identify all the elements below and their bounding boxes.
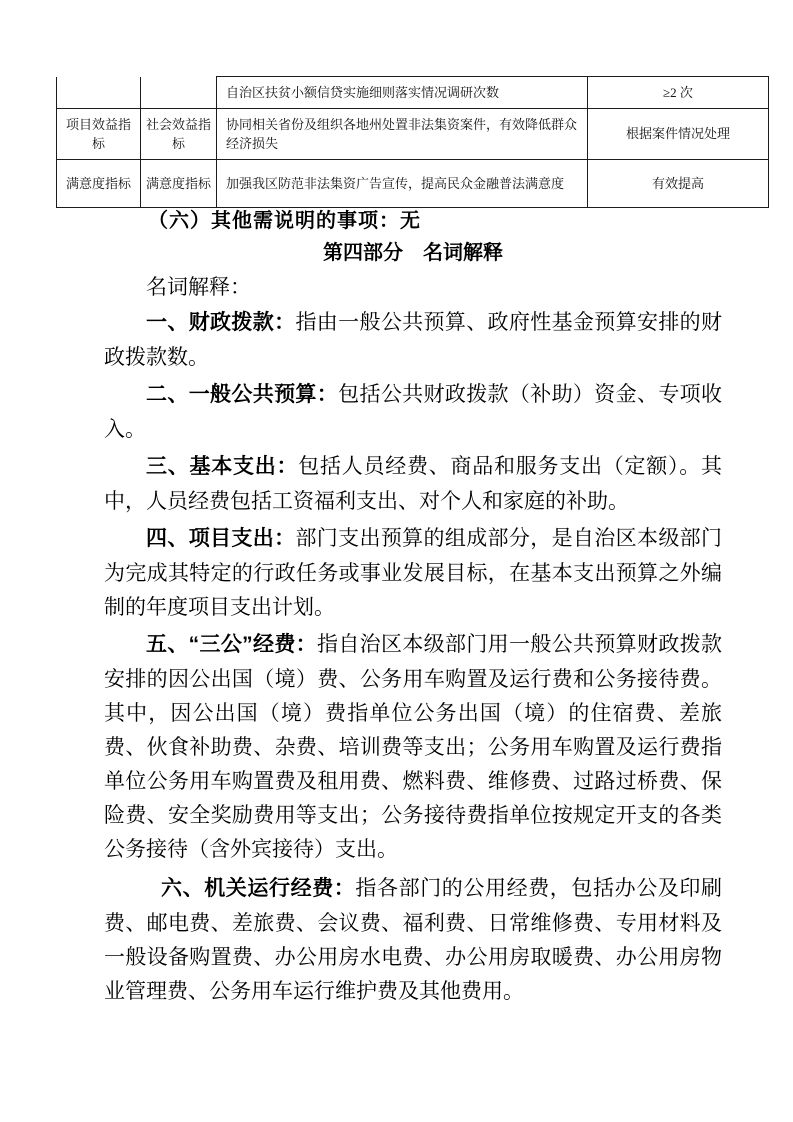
table-cell-category: 满意度指标 <box>57 160 141 208</box>
heading-part4: 第四部分 名词解释 <box>104 237 722 269</box>
table-cell-subcategory: 社会效益指标 <box>141 109 217 160</box>
table-cell <box>57 77 141 109</box>
term-paragraph-5: 五、“三公”经费：指自治区本级部门用一般公共预算财政拨款安排的因公出国（境）费、… <box>104 627 722 866</box>
text-column: （六）其他需说明的事项：无 第四部分 名词解释 名词解释： 一、财政拨款：指由一… <box>104 205 722 1008</box>
table-cell-subcategory: 满意度指标 <box>141 160 217 208</box>
table-cell-target: ≥2 次 <box>588 77 769 109</box>
term-label: 五、“三公”经费： <box>146 633 317 656</box>
term-paragraph-1: 一、财政拨款：指由一般公共预算、政府性基金预算安排的财政拨款数。 <box>104 305 722 374</box>
glossary-label: 名词解释： <box>104 271 722 305</box>
term-label: 四、项目支出： <box>146 527 295 550</box>
table-row: 自治区扶贫小额信贷实施细则落实情况调研次数 ≥2 次 <box>57 77 769 109</box>
term-label: 一、财政拨款： <box>146 311 295 334</box>
term-paragraph-4: 四、项目支出：部门支出预算的组成部分，是自治区本级部门为完成其特定的行政任务或事… <box>104 521 722 624</box>
table-cell-target: 根据案件情况处理 <box>588 109 769 160</box>
term-label: 三、基本支出： <box>146 455 298 478</box>
table-cell-indicator: 自治区扶贫小额信贷实施细则落实情况调研次数 <box>217 77 588 109</box>
table-cell-category: 项目效益指标 <box>57 109 141 160</box>
term-definition: 指自治区本级部门用一般公共预算财政拨款安排的因公出国（境）费、公务用车购置及运行… <box>104 632 722 861</box>
table-row: 满意度指标 满意度指标 加强我区防范非法集资广告宣传，提高民众金融普法满意度 有… <box>57 160 769 208</box>
indicator-table: 自治区扶贫小额信贷实施细则落实情况调研次数 ≥2 次 项目效益指标 社会效益指标… <box>56 76 769 208</box>
table-row: 项目效益指标 社会效益指标 协同相关省份及组织各地州处置非法集资案件，有效降低群… <box>57 109 769 160</box>
document-page: 自治区扶贫小额信贷实施细则落实情况调研次数 ≥2 次 项目效益指标 社会效益指标… <box>0 0 793 1122</box>
term-label: 六、机关运行经费： <box>161 877 355 900</box>
heading-other-items: （六）其他需说明的事项：无 <box>104 205 722 237</box>
table-cell-target: 有效提高 <box>588 160 769 208</box>
table-cell <box>141 77 217 109</box>
term-label: 二、一般公共预算： <box>146 383 338 406</box>
term-paragraph-3: 三、基本支出：包括人员经费、商品和服务支出（定额）。其中，人员经费包括工资福利支… <box>104 449 722 518</box>
term-paragraph-2: 二、一般公共预算：包括公共财政拨款（补助）资金、专项收入。 <box>104 377 722 446</box>
table-cell-indicator: 协同相关省份及组织各地州处置非法集资案件，有效降低群众经济损失 <box>217 109 588 160</box>
term-paragraph-6: 六、机关运行经费：指各部门的公用经费，包括办公及印刷费、邮电费、差旅费、会议费、… <box>104 871 722 1008</box>
table-cell-indicator: 加强我区防范非法集资广告宣传，提高民众金融普法满意度 <box>217 160 588 208</box>
